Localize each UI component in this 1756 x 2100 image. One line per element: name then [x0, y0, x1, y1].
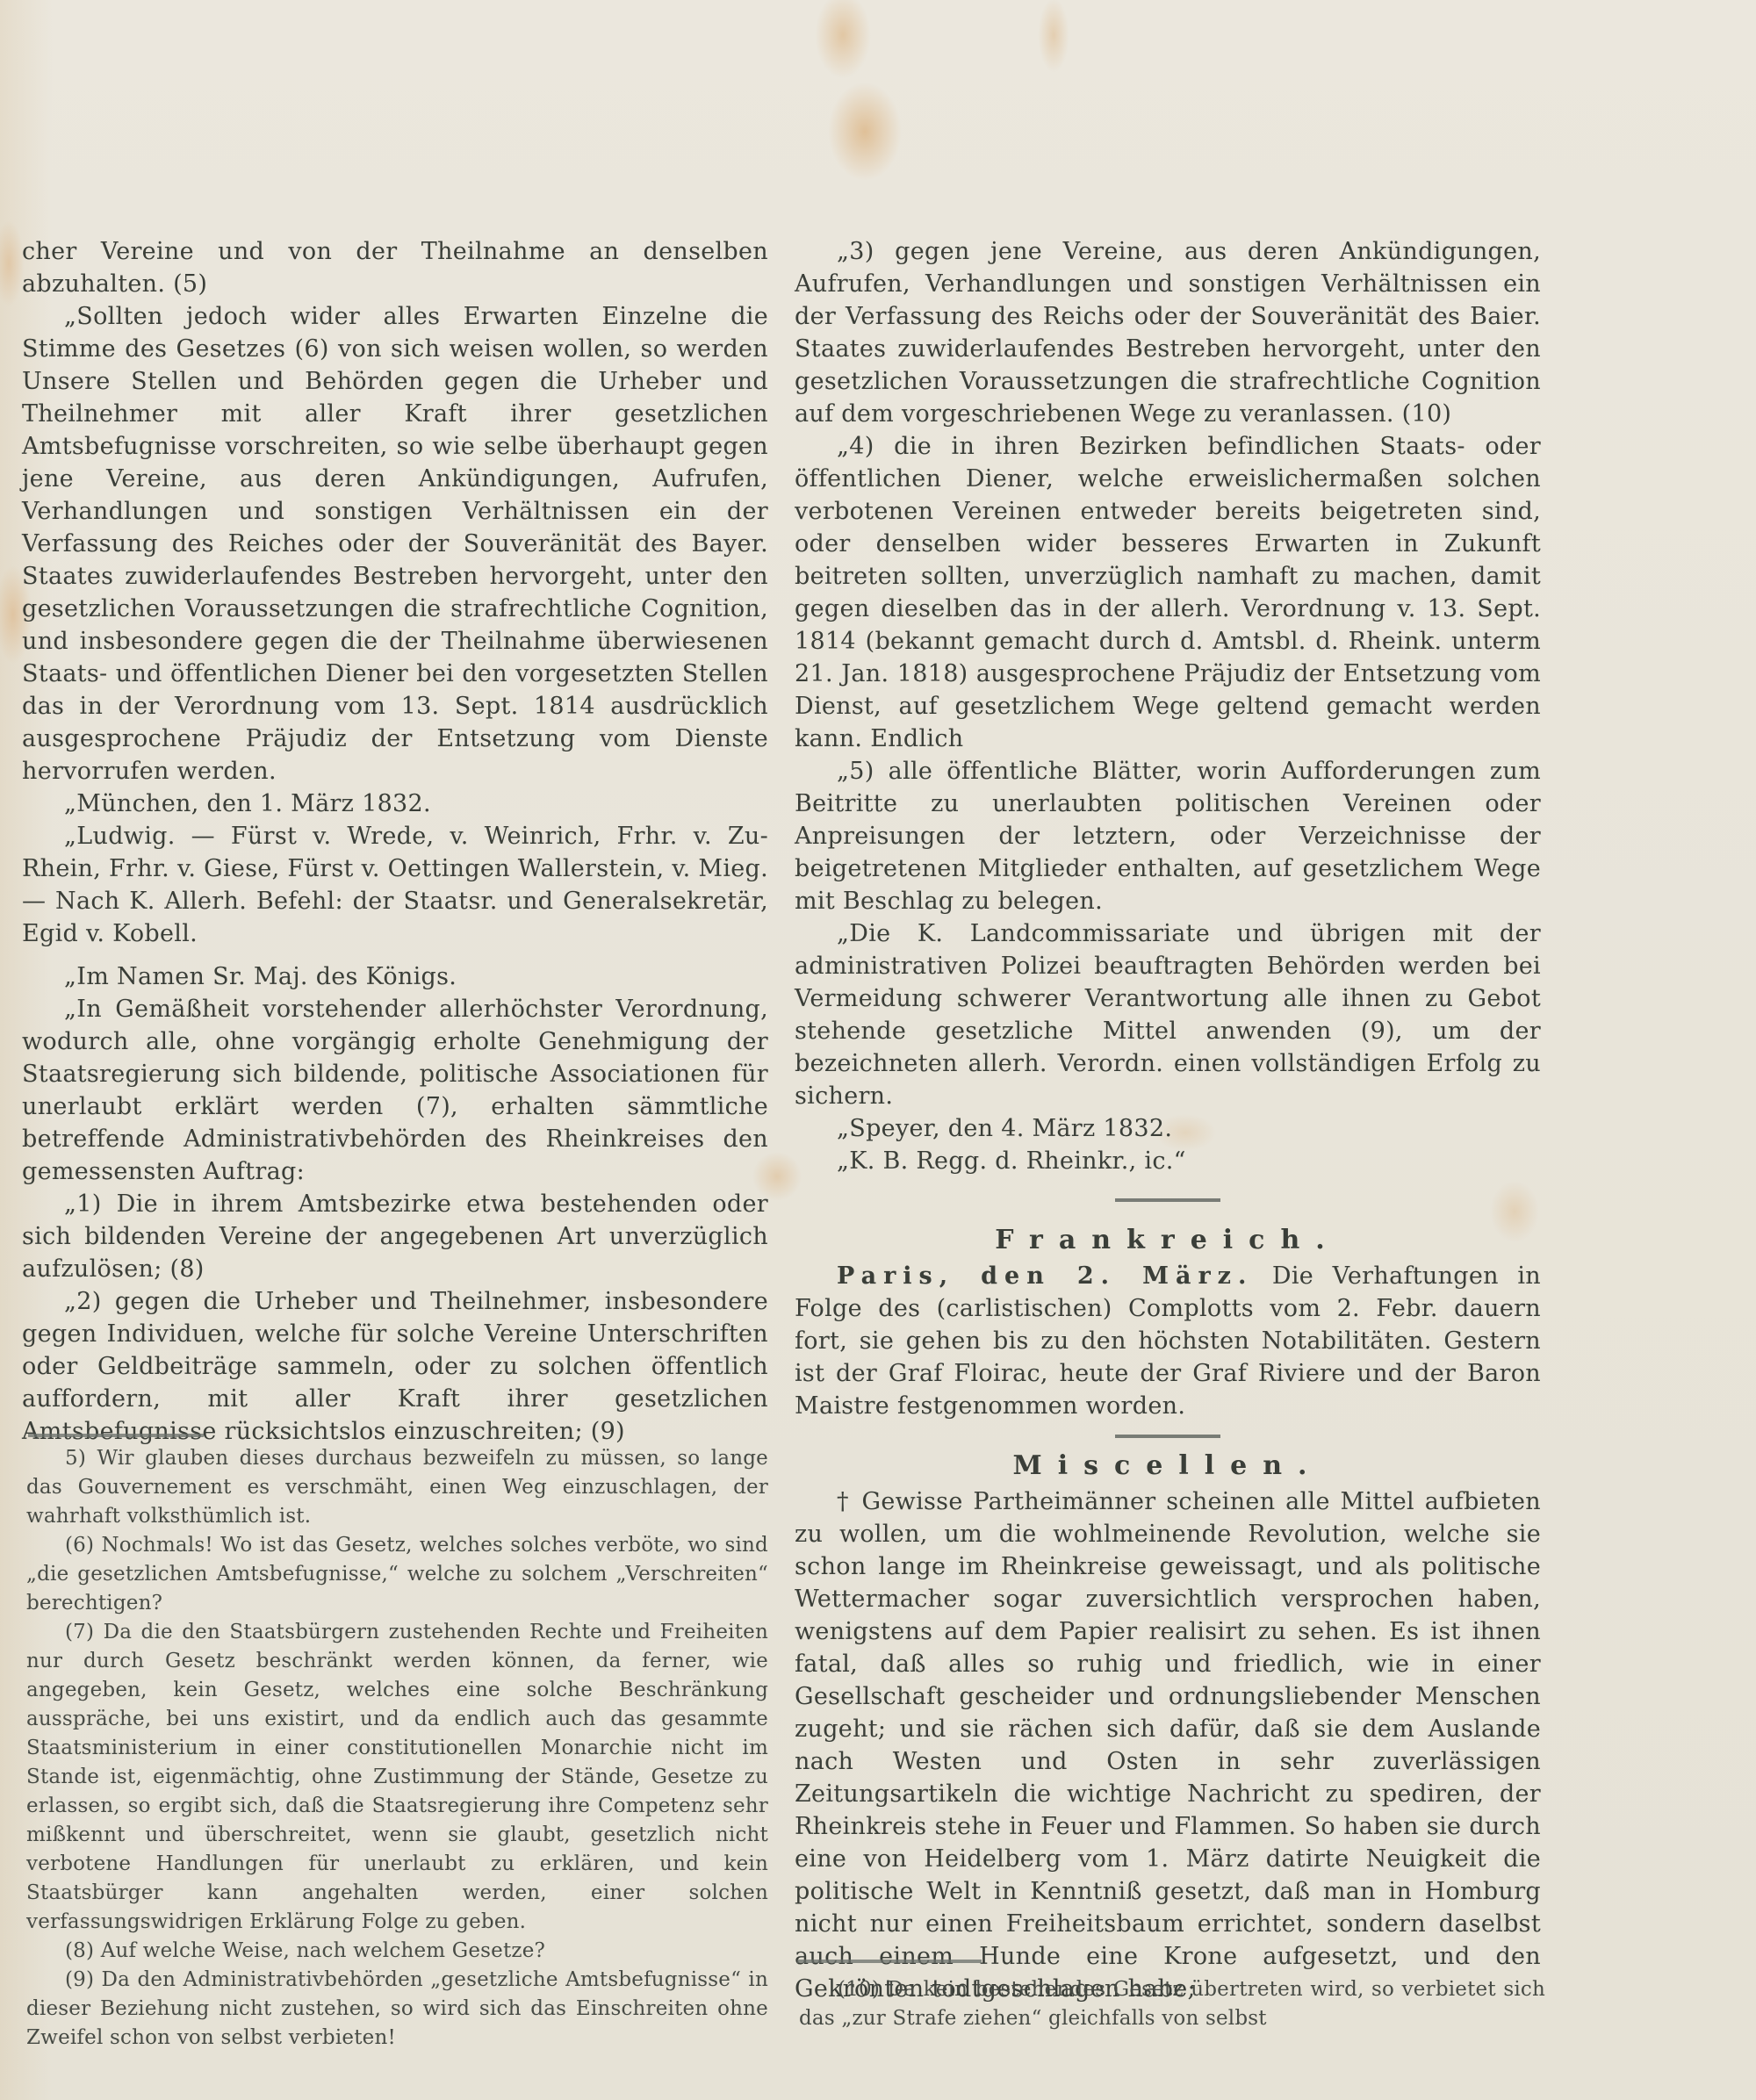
section-heading-miscellen: Miscellen.: [795, 1447, 1541, 1485]
footnote-divider: [797, 1960, 982, 1963]
section-heading-frankreich: Frankreich.: [795, 1221, 1541, 1260]
dateline: „München, den 1. März 1832.: [22, 787, 768, 820]
section-divider: [1115, 1198, 1220, 1202]
paragraph: „Im Namen Sr. Maj. des Königs.: [22, 960, 768, 993]
footnote: (9) Da den Administrativbehörden „gesetz…: [26, 1966, 768, 2053]
footnote: (6) Nochmals! Wo ist das Gesetz, welches…: [26, 1531, 768, 1618]
dagger-icon: †: [837, 1488, 852, 1515]
dateline: „Speyer, den 4. März 1832.: [795, 1112, 1541, 1145]
paragraph: „Die K. Landcommissariate und übrigen mi…: [795, 917, 1541, 1112]
list-item: „5) alle öffentliche Blätter, worin Auff…: [795, 755, 1541, 917]
right-footnotes: (10) Da kein bestehendes Gesetz übertret…: [799, 1975, 1545, 2033]
signature: „K. B. Regg. d. Rheinkr., ic.“: [795, 1145, 1541, 1177]
section-divider: [1115, 1435, 1220, 1438]
news-item: Paris, den 2. März. Die Verhaftungen in …: [795, 1260, 1541, 1422]
footnote: (7) Da die den Staatsbürgern zustehenden…: [26, 1618, 768, 1937]
paragraph: cher Vereine und von der Theilnahme an d…: [22, 235, 768, 300]
paragraph: „In Gemäßheit vorstehender allerhöchster…: [22, 993, 768, 1188]
list-item: „1) Die in ihrem Amtsbezirke etwa besteh…: [22, 1188, 768, 1285]
footnote: 5) Wir glauben dieses durchaus bezweifel…: [26, 1444, 768, 1531]
left-footnotes: 5) Wir glauben dieses durchaus bezweifel…: [26, 1444, 768, 2053]
footnote: (10) Da kein bestehendes Gesetz übertret…: [799, 1975, 1545, 2033]
signatures: „Ludwig. — Fürst v. Wrede, v. Weinrich, …: [22, 820, 768, 950]
paragraph: „Sollten jedoch wider alles Erwarten Ein…: [22, 300, 768, 787]
footnote: (8) Auf welche Weise, nach welchem Geset…: [26, 1937, 768, 1966]
list-item: „3) gegen jene Vereine, aus deren Ankünd…: [795, 235, 1541, 430]
right-column: „3) gegen jene Vereine, aus deren Ankünd…: [795, 235, 1541, 2005]
list-item: „4) die in ihren Bezirken befindlichen S…: [795, 430, 1541, 755]
dateline: Paris, den 2. März.: [837, 1262, 1253, 1290]
list-item: „2) gegen die Urheber und Theilnehmer, i…: [22, 1285, 768, 1448]
left-column: cher Vereine und von der Theilnahme an d…: [22, 235, 768, 1448]
news-item: † Gewisse Partheimänner scheinen alle Mi…: [795, 1485, 1541, 2005]
footnote-divider: [28, 1434, 204, 1437]
news-text: Gewisse Partheimänner scheinen alle Mitt…: [795, 1488, 1541, 2003]
